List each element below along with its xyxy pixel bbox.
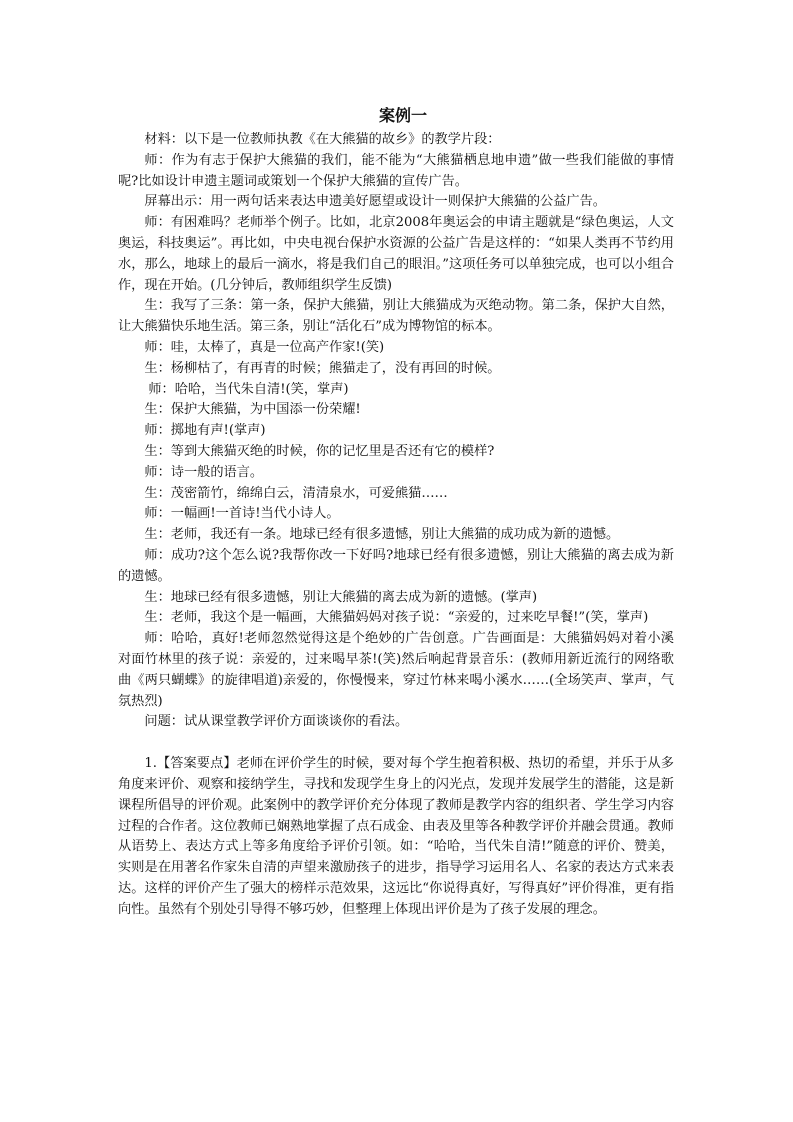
- answer-paragraph: 1.【答案要点】老师在评价学生的时候，要对每个学生抱着积极、热切的希望，并乐于从…: [118, 754, 674, 920]
- dialogue-line: 生：我写了三条：第一条，保护大熊猫，别让大熊猫成为灭绝动物。第二条，保护大自然，…: [118, 296, 674, 338]
- dialogue-line: 生：老师，我这个是一幅画，大熊猫妈妈对孩子说：“亲爱的，过来吃早餐!”(笑，掌声…: [118, 608, 674, 629]
- dialogue-line: 生：保护大熊猫，为中国添一份荣耀!: [118, 400, 674, 421]
- question: 问题：试从课堂教学评价方面谈谈你的看法。: [118, 712, 674, 733]
- dialogue-line: 师：掷地有声!(掌声): [118, 421, 674, 442]
- dialogue-line: 师：诗一般的语言。: [118, 463, 674, 484]
- dialogue-line: 师：成功?这个怎么说?我帮你改一下好吗?地球已经有很多遗憾，别让大熊猫的离去成为…: [118, 546, 674, 588]
- screen-prompt: 屏幕出示：用一两句话来表达申遗美好愿望或设计一则保护大熊猫的公益广告。: [118, 192, 674, 213]
- dialogue-line: 师：哈哈，真好!老师忽然觉得这是个绝妙的广告创意。广告画面是：大熊猫妈妈对着小溪…: [118, 629, 674, 712]
- dialogue-line: 生：茂密箭竹，绵绵白云，清清泉水，可爱熊猫……: [118, 484, 674, 505]
- dialogue-line: 师：有困难吗？老师举个例子。比如，北京2008年奥运会的申请主题就是“绿色奥运，…: [118, 213, 674, 296]
- document-page: 案例一 材料：以下是一位教师执教《在大熊猫的故乡》的教学片段： 师：作为有志于保…: [118, 104, 674, 920]
- dialogue-line: 师：作为有志于保护大熊猫的我们，能不能为“大熊猫栖息地申遗”做一些我们能做的事情…: [118, 151, 674, 193]
- document-title: 案例一: [118, 104, 674, 128]
- spacer: [118, 733, 674, 754]
- dialogue-line: 生：老师，我还有一条。地球已经有很多遗憾，别让大熊猫的成功成为新的遗憾。: [118, 525, 674, 546]
- dialogue-line: 生：杨柳枯了，有再青的时候；熊猫走了，没有再回的时候。: [118, 359, 674, 380]
- dialogue-line: 生：等到大熊猫灭绝的时候，你的记忆里是否还有它的模样?: [118, 442, 674, 463]
- dialogue-line: 生：地球已经有很多遗憾，别让大熊猫的离去成为新的遗憾。(掌声): [118, 588, 674, 609]
- dialogue-line: 师：一幅画!一首诗!当代小诗人。: [118, 504, 674, 525]
- material-intro: 材料：以下是一位教师执教《在大熊猫的故乡》的教学片段：: [118, 130, 674, 151]
- dialogue-line: 师：哈哈，当代朱自清!(笑，掌声): [118, 380, 674, 401]
- dialogue-line: 师：哇，太棒了，真是一位高产作家!(笑): [118, 338, 674, 359]
